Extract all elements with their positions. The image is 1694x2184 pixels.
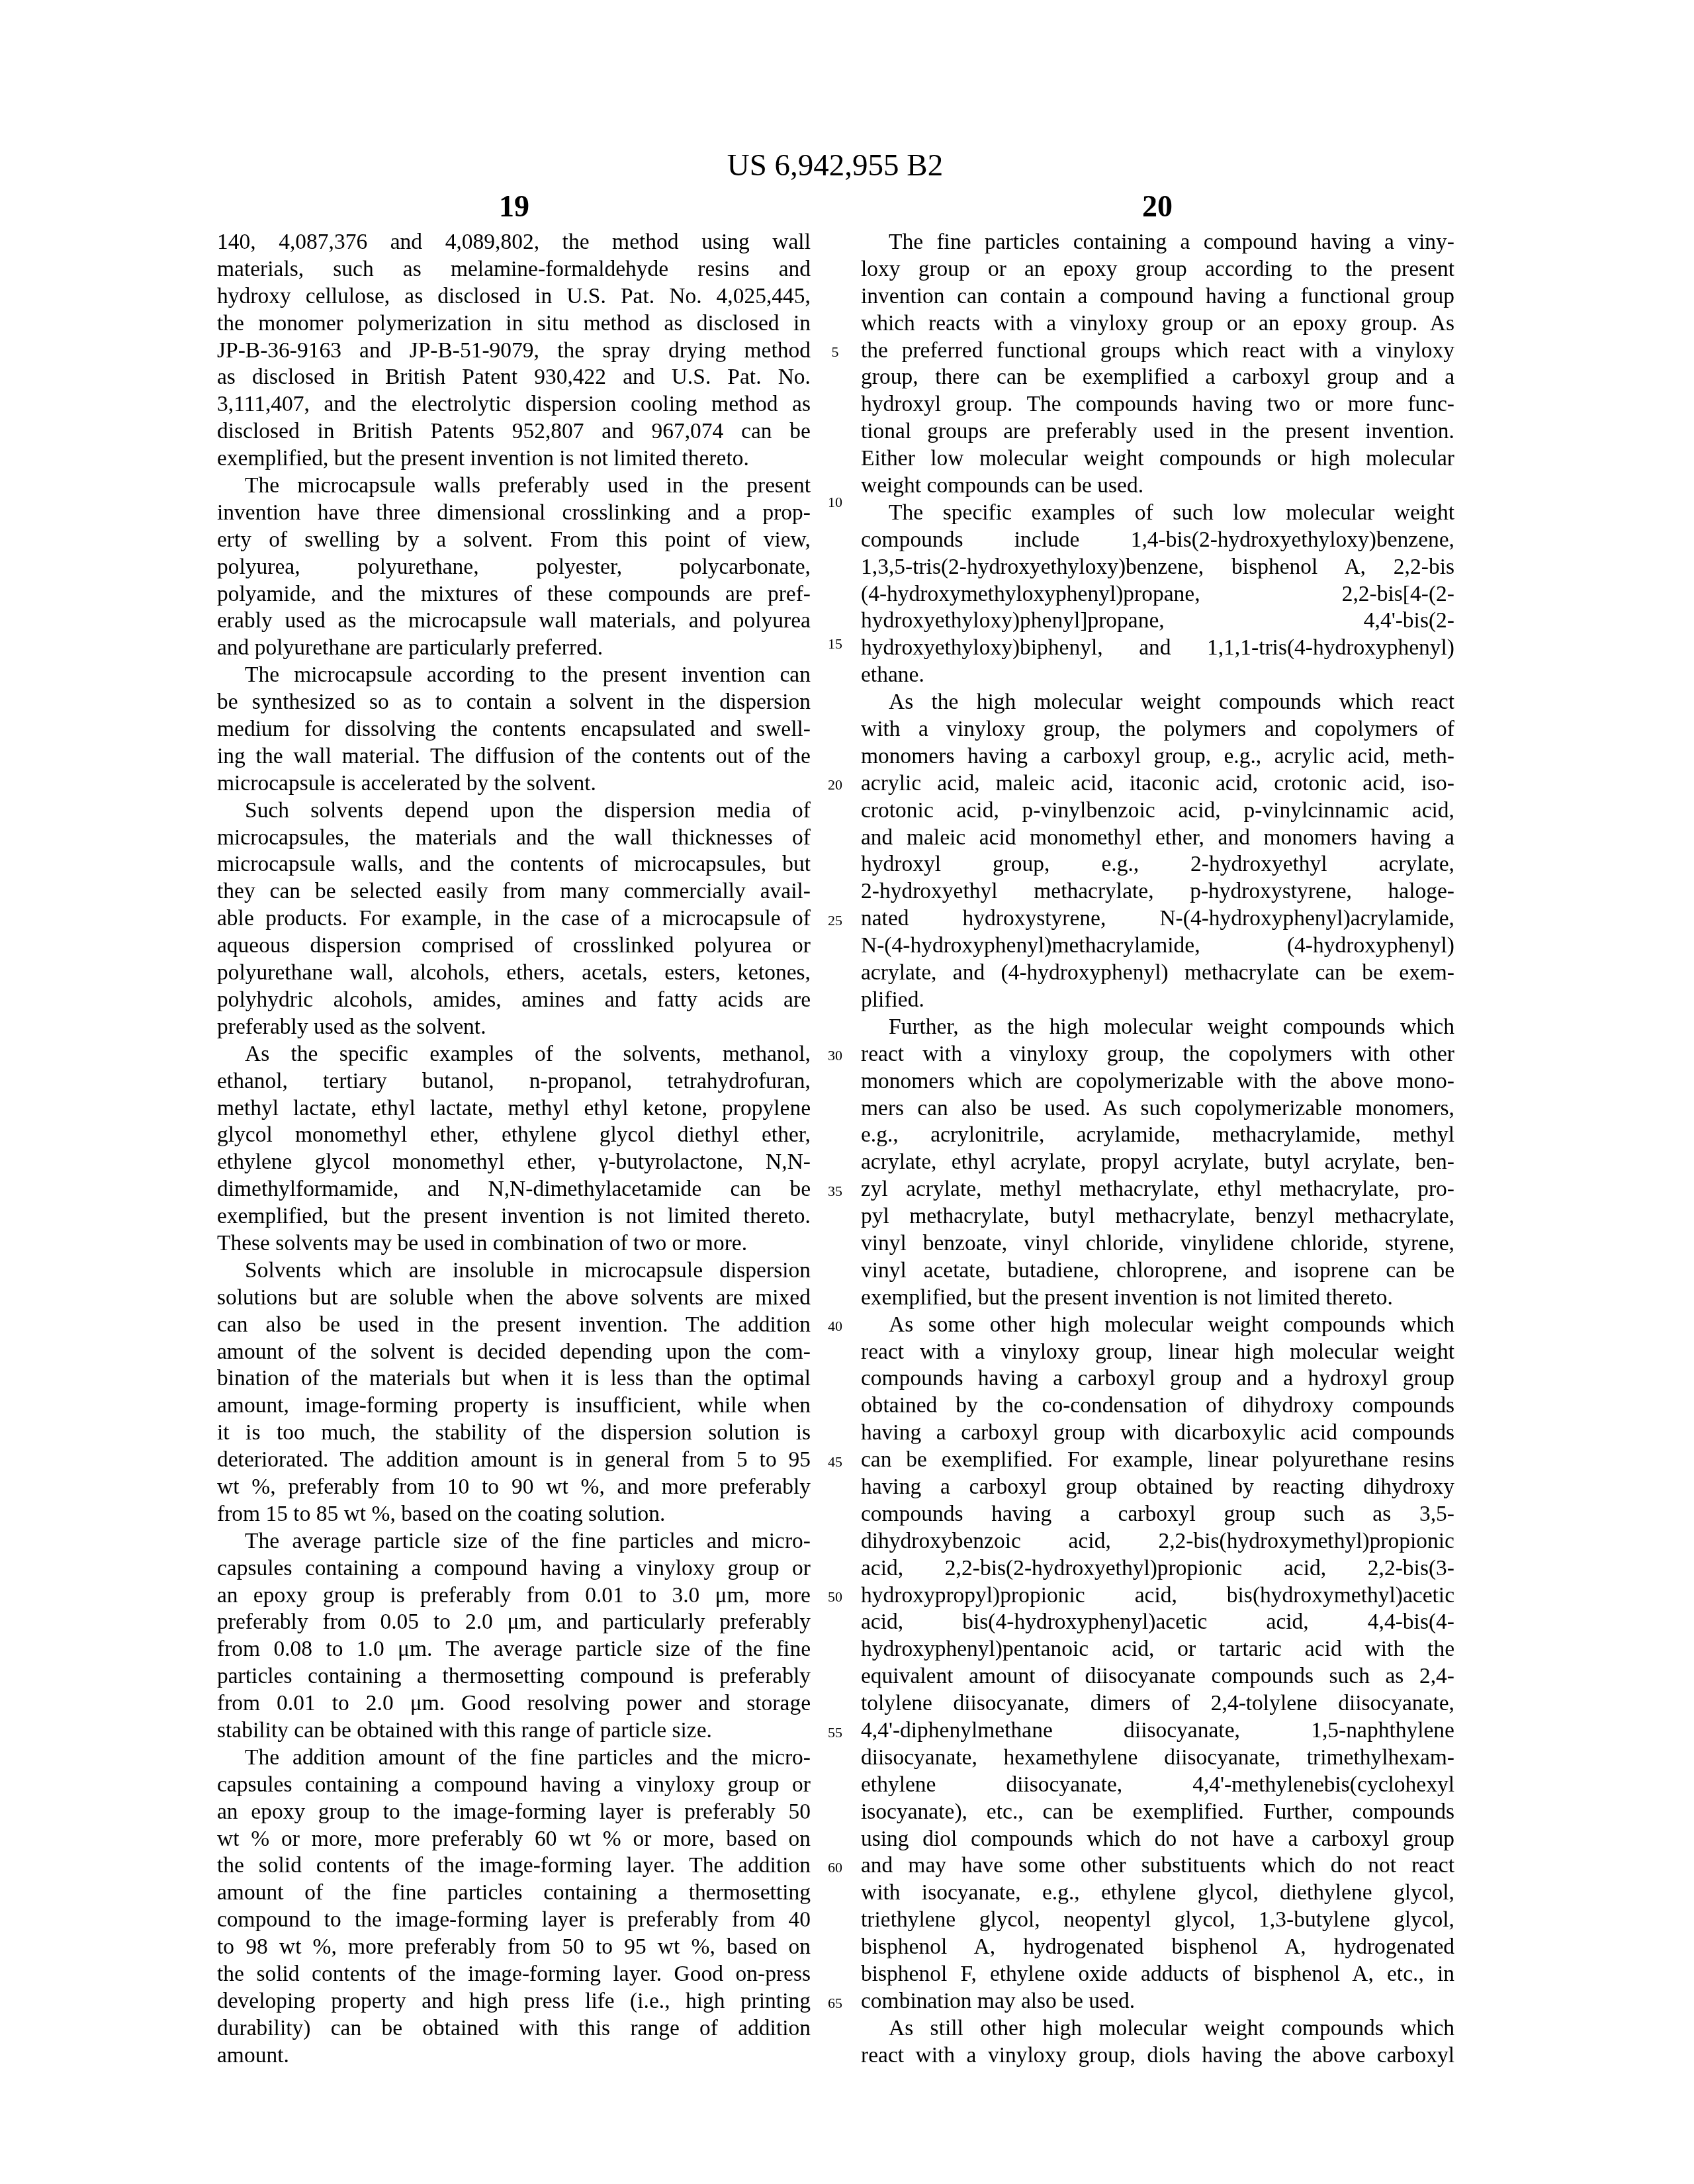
left-text-column: 140, 4,087,376 and 4,089,802, the method… bbox=[217, 229, 811, 2070]
text-line: react with a vinyloxy group, linear high… bbox=[861, 1339, 1454, 1366]
text-line: from 0.01 to 2.0 μm. Good resolving powe… bbox=[217, 1690, 811, 1717]
text-line: As the high molecular weight compounds w… bbox=[861, 689, 1454, 716]
text-line: durability) can be obtained with this ra… bbox=[217, 2015, 811, 2042]
line-number-marker: 35 bbox=[821, 1178, 850, 1205]
text-line: hydroxyethyloxy)phenyl]propane, 4,4'-bis… bbox=[861, 608, 1454, 635]
text-line: hydroxyl group. The compounds having two… bbox=[861, 391, 1454, 418]
text-line: exemplified, but the present invention i… bbox=[217, 445, 811, 473]
text-line: amount. bbox=[217, 2042, 811, 2070]
text-line: disclosed in British Patents 952,807 and… bbox=[217, 418, 811, 445]
text-line: 2-hydroxyethyl methacrylate, p-hydroxyst… bbox=[861, 878, 1454, 905]
text-line: react with a vinyloxy group, diols havin… bbox=[861, 2042, 1454, 2070]
text-line: hydroxyl group, e.g., 2-hydroxyethyl acr… bbox=[861, 851, 1454, 878]
text-line: The microcapsule walls preferably used i… bbox=[217, 473, 811, 500]
text-line: plified. bbox=[861, 987, 1454, 1014]
text-line: 3,111,407, and the electrolytic dispersi… bbox=[217, 391, 811, 418]
text-line: nated hydroxystyrene, N-(4-hydroxyphenyl… bbox=[861, 905, 1454, 933]
text-line: Such solvents depend upon the dispersion… bbox=[217, 797, 811, 825]
text-line: loxy group or an epoxy group according t… bbox=[861, 256, 1454, 283]
text-line: and maleic acid monomethyl ether, and mo… bbox=[861, 825, 1454, 852]
text-line: aqueous dispersion comprised of crosslin… bbox=[217, 933, 811, 960]
text-line: 4,4'-diphenylmethane diisocyanate, 1,5-n… bbox=[861, 1717, 1454, 1745]
text-line: ethylene glycol monomethyl ether, γ-buty… bbox=[217, 1149, 811, 1176]
text-line: isocyanate), etc., can be exemplified. F… bbox=[861, 1799, 1454, 1826]
text-line: acrylic acid, maleic acid, itaconic acid… bbox=[861, 770, 1454, 797]
text-line: microcapsule is accelerated by the solve… bbox=[217, 770, 811, 797]
text-line: compound to the image-forming layer is p… bbox=[217, 1907, 811, 1934]
text-line: The specific examples of such low molecu… bbox=[861, 500, 1454, 527]
text-line: amount of the solvent is decided dependi… bbox=[217, 1339, 811, 1366]
text-line: the solid contents of the image-forming … bbox=[217, 1852, 811, 1880]
line-number-marker: 65 bbox=[821, 1990, 850, 2017]
text-line: acrylate, ethyl acrylate, propyl acrylat… bbox=[861, 1149, 1454, 1176]
text-line: monomers which are copolymerizable with … bbox=[861, 1068, 1454, 1095]
text-line: acrylate, and (4-hydroxyphenyl) methacry… bbox=[861, 960, 1454, 987]
text-line: tional groups are preferably used in the… bbox=[861, 418, 1454, 445]
text-line: they can be selected easily from many co… bbox=[217, 878, 811, 905]
text-line: from 0.08 to 1.0 μm. The average particl… bbox=[217, 1636, 811, 1663]
text-line: crotonic acid, p-vinylbenzoic acid, p-vi… bbox=[861, 797, 1454, 825]
text-line: vinyl benzoate, vinyl chloride, vinylide… bbox=[861, 1230, 1454, 1257]
text-line: N-(4-hydroxyphenyl)methacrylamide, (4-hy… bbox=[861, 933, 1454, 960]
text-line: hydroxypropyl)propionic acid, bis(hydrox… bbox=[861, 1582, 1454, 1610]
text-line: with a vinyloxy group, the polymers and … bbox=[861, 716, 1454, 743]
patent-page: US 6,942,955 B2 19 20 140, 4,087,376 and… bbox=[0, 0, 1694, 2184]
text-line: polyamide, and the mixtures of these com… bbox=[217, 581, 811, 608]
text-line: compounds having a carboxyl group such a… bbox=[861, 1501, 1454, 1528]
text-line: having a carboxyl group with dicarboxyli… bbox=[861, 1420, 1454, 1447]
text-line: deteriorated. The addition amount is in … bbox=[217, 1447, 811, 1474]
text-line: ethanol, tertiary butanol, n-propanol, t… bbox=[217, 1068, 811, 1095]
text-line: hydroxy cellulose, as disclosed in U.S. … bbox=[217, 283, 811, 310]
text-line: wt %, preferably from 10 to 90 wt %, and… bbox=[217, 1474, 811, 1501]
text-line: medium for dissolving the contents encap… bbox=[217, 716, 811, 743]
text-line: developing property and high press life … bbox=[217, 1988, 811, 2015]
text-line: ing the wall material. The diffusion of … bbox=[217, 743, 811, 770]
text-line: weight compounds can be used. bbox=[861, 473, 1454, 500]
line-number-marker: 25 bbox=[821, 907, 850, 934]
line-number-marker: 5 bbox=[821, 339, 850, 366]
text-line: microcapsule walls, and the contents of … bbox=[217, 851, 811, 878]
text-line: the solid contents of the image-forming … bbox=[217, 1961, 811, 1988]
line-number-marker: 15 bbox=[821, 631, 850, 658]
text-line: react with a vinyloxy group, the copolym… bbox=[861, 1041, 1454, 1068]
text-line: JP-B-36-9163 and JP-B-51-9079, the spray… bbox=[217, 338, 811, 365]
text-line: Either low molecular weight compounds or… bbox=[861, 445, 1454, 473]
text-line: glycol monomethyl ether, ethylene glycol… bbox=[217, 1122, 811, 1149]
text-line: diisocyanate, hexamethylene diisocyanate… bbox=[861, 1745, 1454, 1772]
line-number-marker: 60 bbox=[821, 1854, 850, 1882]
text-line: The microcapsule according to the presen… bbox=[217, 662, 811, 689]
text-line: triethylene glycol, neopentyl glycol, 1,… bbox=[861, 1907, 1454, 1934]
text-line: particles containing a thermosetting com… bbox=[217, 1663, 811, 1690]
text-line: zyl acrylate, methyl methacrylate, ethyl… bbox=[861, 1176, 1454, 1203]
line-number-marker: 50 bbox=[821, 1584, 850, 1611]
text-line: bisphenol A, hydrogenated bisphenol A, h… bbox=[861, 1934, 1454, 1961]
text-line: Solvents which are insoluble in microcap… bbox=[217, 1257, 811, 1285]
line-number-marker: 20 bbox=[821, 772, 850, 799]
text-line: pyl methacrylate, butyl methacrylate, be… bbox=[861, 1203, 1454, 1230]
text-line: compounds include 1,4-bis(2-hydroxyethyl… bbox=[861, 527, 1454, 554]
text-line: can also be used in the present inventio… bbox=[217, 1312, 811, 1339]
text-line: capsules containing a compound having a … bbox=[217, 1555, 811, 1582]
text-line: it is too much, the stability of the dis… bbox=[217, 1420, 811, 1447]
text-line: stability can be obtained with this rang… bbox=[217, 1717, 811, 1745]
text-line: exemplified, but the present invention i… bbox=[861, 1285, 1454, 1312]
text-line: obtained by the co-condensation of dihyd… bbox=[861, 1392, 1454, 1420]
text-line: methyl lactate, ethyl lactate, methyl et… bbox=[217, 1095, 811, 1122]
patent-number-header: US 6,942,955 B2 bbox=[0, 147, 1670, 184]
line-number-marker: 30 bbox=[821, 1042, 850, 1069]
text-line: from 15 to 85 wt %, based on the coating… bbox=[217, 1501, 811, 1528]
text-line: using diol compounds which do not have a… bbox=[861, 1826, 1454, 1853]
text-line: monomers having a carboxyl group, e.g., … bbox=[861, 743, 1454, 770]
text-line: polyhydric alcohols, amides, amines and … bbox=[217, 987, 811, 1014]
text-line: polyurea, polyurethane, polyester, polyc… bbox=[217, 554, 811, 581]
text-line: 140, 4,087,376 and 4,089,802, the method… bbox=[217, 229, 811, 256]
text-line: as disclosed in British Patent 930,422 a… bbox=[217, 364, 811, 391]
text-line: 1,3,5-tris(2-hydroxyethyloxy)benzene, bi… bbox=[861, 554, 1454, 581]
text-line: the preferred functional groups which re… bbox=[861, 338, 1454, 365]
text-line: and may have some other substituents whi… bbox=[861, 1852, 1454, 1880]
text-line: (4-hydroxymethyloxyphenyl)propane, 2,2-b… bbox=[861, 581, 1454, 608]
text-line: hydroxyphenyl)pentanoic acid, or tartari… bbox=[861, 1636, 1454, 1663]
text-line: can be exemplified. For example, linear … bbox=[861, 1447, 1454, 1474]
left-column-page-number: 19 bbox=[448, 189, 580, 224]
text-line: and polyurethane are particularly prefer… bbox=[217, 635, 811, 662]
text-line: equivalent amount of diisocyanate compou… bbox=[861, 1663, 1454, 1690]
text-line: Further, as the high molecular weight co… bbox=[861, 1014, 1454, 1041]
line-number-gutter: 5101520253035404550556065 bbox=[821, 229, 850, 2082]
text-line: microcapsules, the materials and the wal… bbox=[217, 825, 811, 852]
line-number-marker: 45 bbox=[821, 1449, 850, 1476]
text-line: which reacts with a vinyloxy group or an… bbox=[861, 310, 1454, 338]
text-line: compounds having a carboxyl group and a … bbox=[861, 1365, 1454, 1392]
text-line: amount of the fine particles containing … bbox=[217, 1880, 811, 1907]
text-line: preferably used as the solvent. bbox=[217, 1014, 811, 1041]
text-line: bisphenol F, ethylene oxide adducts of b… bbox=[861, 1961, 1454, 1988]
text-line: vinyl acetate, butadiene, chloroprene, a… bbox=[861, 1257, 1454, 1285]
text-line: amount, image-forming property is insuff… bbox=[217, 1392, 811, 1420]
text-line: an epoxy group to the image-forming laye… bbox=[217, 1799, 811, 1826]
text-line: dihydroxybenzoic acid, 2,2-bis(hydroxyme… bbox=[861, 1528, 1454, 1555]
text-line: bination of the materials but when it is… bbox=[217, 1365, 811, 1392]
line-number-marker: 55 bbox=[821, 1719, 850, 1747]
line-number-marker: 40 bbox=[821, 1313, 850, 1340]
text-line: invention have three dimensional crossli… bbox=[217, 500, 811, 527]
text-line: These solvents may be used in combinatio… bbox=[217, 1230, 811, 1257]
text-line: polyurethane wall, alcohols, ethers, ace… bbox=[217, 960, 811, 987]
text-line: erty of swelling by a solvent. From this… bbox=[217, 527, 811, 554]
text-line: As still other high molecular weight com… bbox=[861, 2015, 1454, 2042]
text-line: ethane. bbox=[861, 662, 1454, 689]
text-line: acid, bis(4-hydroxyphenyl)acetic acid, 4… bbox=[861, 1609, 1454, 1636]
text-line: capsules containing a compound having a … bbox=[217, 1772, 811, 1799]
text-line: hydroxyethyloxy)biphenyl, and 1,1,1-tris… bbox=[861, 635, 1454, 662]
text-line: group, there can be exemplified a carbox… bbox=[861, 364, 1454, 391]
text-line: able products. For example, in the case … bbox=[217, 905, 811, 933]
text-line: the monomer polymerization in situ metho… bbox=[217, 310, 811, 338]
text-line: having a carboxyl group obtained by reac… bbox=[861, 1474, 1454, 1501]
text-line: with isocyanate, e.g., ethylene glycol, … bbox=[861, 1880, 1454, 1907]
text-line: As some other high molecular weight comp… bbox=[861, 1312, 1454, 1339]
text-line: invention can contain a compound having … bbox=[861, 283, 1454, 310]
text-line: tolylene diisocyanate, dimers of 2,4-tol… bbox=[861, 1690, 1454, 1717]
text-line: solutions but are soluble when the above… bbox=[217, 1285, 811, 1312]
text-line: e.g., acrylonitrile, acrylamide, methacr… bbox=[861, 1122, 1454, 1149]
text-line: The average particle size of the fine pa… bbox=[217, 1528, 811, 1555]
right-text-column: The fine particles containing a compound… bbox=[861, 229, 1454, 2070]
text-line: dimethylformamide, and N,N-dimethylaceta… bbox=[217, 1176, 811, 1203]
text-line: preferably from 0.05 to 2.0 μm, and part… bbox=[217, 1609, 811, 1636]
text-line: The fine particles containing a compound… bbox=[861, 229, 1454, 256]
text-line: exemplified, but the present invention i… bbox=[217, 1203, 811, 1230]
text-line: to 98 wt %, more preferably from 50 to 9… bbox=[217, 1934, 811, 1961]
text-line: erably used as the microcapsule wall mat… bbox=[217, 608, 811, 635]
text-line: be synthesized so as to contain a solven… bbox=[217, 689, 811, 716]
text-line: materials, such as melamine-formaldehyde… bbox=[217, 256, 811, 283]
text-line: ethylene diisocyanate, 4,4'-methylenebis… bbox=[861, 1772, 1454, 1799]
right-column-page-number: 20 bbox=[1091, 189, 1224, 224]
text-line: an epoxy group is preferably from 0.01 t… bbox=[217, 1582, 811, 1610]
text-line: acid, 2,2-bis(2-hydroxyethyl)propionic a… bbox=[861, 1555, 1454, 1582]
text-line: mers can also be used. As such copolymer… bbox=[861, 1095, 1454, 1122]
line-number-marker: 10 bbox=[821, 489, 850, 516]
text-line: As the specific examples of the solvents… bbox=[217, 1041, 811, 1068]
text-line: combination may also be used. bbox=[861, 1988, 1454, 2015]
text-line: The addition amount of the fine particle… bbox=[217, 1745, 811, 1772]
text-line: wt % or more, more preferably 60 wt % or… bbox=[217, 1826, 811, 1853]
